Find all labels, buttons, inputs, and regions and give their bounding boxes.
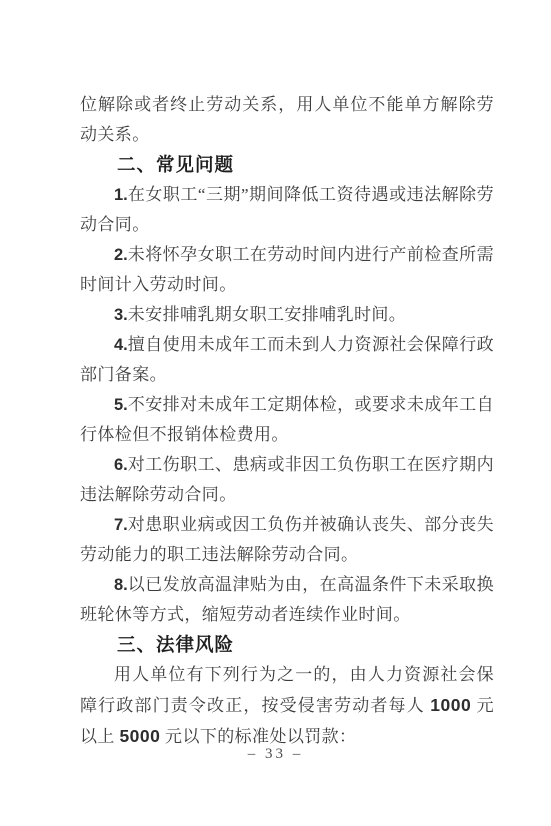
section-heading-common-issues: 二、常见问题 bbox=[80, 150, 494, 180]
paragraph-intro-continuation: 位解除或者终止劳动关系，用人单位不能单方解除劳动关系。 bbox=[80, 90, 494, 150]
list-item-5-text: 不安排对未成年工定期体检，或要求未成年工自行体检但不报销体检费用。 bbox=[80, 395, 494, 444]
list-item-1-number: 1. bbox=[114, 186, 128, 204]
paragraph-legal-risk: 用人单位有下列行为之一的，由人力资源社会保障行政部门责令改正，按受侵害劳动者每人… bbox=[80, 660, 494, 752]
list-item-7-number: 7. bbox=[114, 516, 128, 534]
list-item-2: 2.未将怀孕女职工在劳动时间内进行产前检查所需时间计入劳动时间。 bbox=[80, 240, 494, 300]
page-number: – 33 – bbox=[0, 744, 551, 764]
list-item-6: 6.对工伤职工、患病或非因工负伤职工在医疗期内违法解除劳动合同。 bbox=[80, 450, 494, 510]
document-body: 位解除或者终止劳动关系，用人单位不能单方解除劳动关系。 二、常见问题 1.在女职… bbox=[80, 90, 494, 752]
list-item-4: 4.擅自使用未成年工而未到人力资源社会保障行政部门备案。 bbox=[80, 330, 494, 390]
list-item-5-number: 5. bbox=[114, 396, 128, 414]
list-item-4-text: 擅自使用未成年工而未到人力资源社会保障行政部门备案。 bbox=[80, 335, 494, 384]
list-item-7-text: 对患职业病或因工负伤并被确认丧失、部分丧失劳动能力的职工违法解除劳动合同。 bbox=[80, 515, 494, 564]
document-page: 位解除或者终止劳动关系，用人单位不能单方解除劳动关系。 二、常见问题 1.在女职… bbox=[0, 0, 551, 826]
list-item-6-number: 6. bbox=[114, 456, 128, 474]
list-item-1-text: 在女职工“三期”期间降低工资待遇或违法解除劳动合同。 bbox=[80, 185, 494, 234]
list-item-6-text: 对工伤职工、患病或非因工负伤职工在医疗期内违法解除劳动合同。 bbox=[80, 455, 494, 504]
list-item-3: 3.未安排哺乳期女职工安排哺乳时间。 bbox=[80, 300, 494, 330]
list-item-8-number: 8. bbox=[114, 576, 128, 594]
list-item-5: 5.不安排对未成年工定期体检，或要求未成年工自行体检但不报销体检费用。 bbox=[80, 390, 494, 450]
list-item-3-number: 3. bbox=[114, 306, 128, 324]
list-item-3-text: 未安排哺乳期女职工安排哺乳时间。 bbox=[128, 305, 406, 324]
list-item-8: 8.以已发放高温津贴为由，在高温条件下未采取换班轮休等方式，缩短劳动者连续作业时… bbox=[80, 570, 494, 630]
list-item-7: 7.对患职业病或因工负伤并被确认丧失、部分丧失劳动能力的职工违法解除劳动合同。 bbox=[80, 510, 494, 570]
fine-min-amount: 1000 bbox=[430, 695, 471, 715]
list-item-4-number: 4. bbox=[114, 336, 128, 354]
list-item-2-text: 未将怀孕女职工在劳动时间内进行产前检查所需时间计入劳动时间。 bbox=[80, 245, 494, 294]
list-item-1: 1.在女职工“三期”期间降低工资待遇或违法解除劳动合同。 bbox=[80, 180, 494, 240]
list-item-8-text: 以已发放高温津贴为由，在高温条件下未采取换班轮休等方式，缩短劳动者连续作业时间。 bbox=[80, 575, 494, 624]
list-item-2-number: 2. bbox=[114, 246, 128, 264]
fine-max-amount: 5000 bbox=[119, 726, 160, 746]
section-heading-legal-risk: 三、法律风险 bbox=[80, 630, 494, 660]
